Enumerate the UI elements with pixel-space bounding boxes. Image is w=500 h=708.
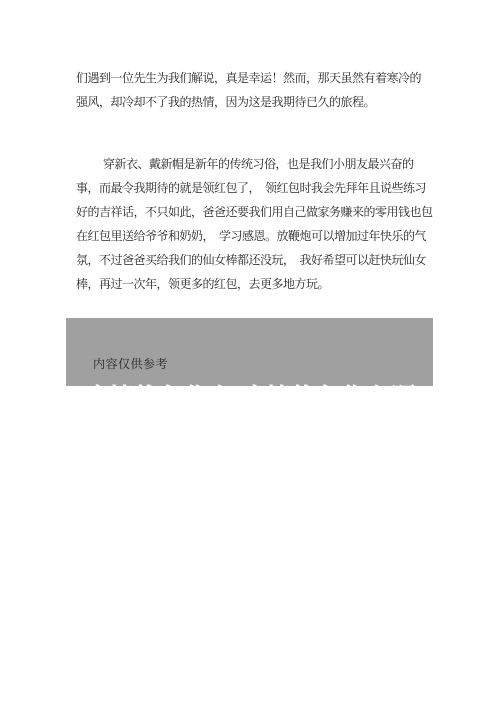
text-line: 棒，再过一次年，领更多的红包，去更多地方玩。 xyxy=(76,272,436,296)
text-line: 在红包里送给爷爷和奶奶， 学习感恩。放鞭炮可以增加过年快乐的气 xyxy=(76,224,436,248)
body-paragraph-2: 穿新衣、戴新帽是新年的传统习俗，也是我们小朋友最兴奋的 事，而最令我期待的就是领… xyxy=(76,152,436,296)
title-banner: 疫情战备作文/疫情战备作文题 目 内容仅供参考 xyxy=(66,318,433,386)
text-line: 事，而最令我期待的就是领红包了， 领红包时我会先拜年且说些练习 xyxy=(76,176,436,200)
body-paragraph-1: 们遇到一位先生为我们解说，真是幸运！然而，那天虽然有着寒冷的 强风，却冷却不了我… xyxy=(76,66,436,114)
text-line: 们遇到一位先生为我们解说，真是幸运！然而，那天虽然有着寒冷的 xyxy=(76,66,436,90)
page-title-line-1: 疫情战备作文/疫情战备作文题 xyxy=(66,383,433,414)
text-line: 穿新衣、戴新帽是新年的传统习俗，也是我们小朋友最兴奋的 xyxy=(76,152,436,176)
page-title: 疫情战备作文/疫情战备作文题 目 xyxy=(66,318,433,569)
disclaimer-note: 内容仅供参考 xyxy=(93,357,168,371)
text-line: 强风，却冷却不了我的热情，因为这是我期待已久的旅程。 xyxy=(76,90,436,114)
document-page: 们遇到一位先生为我们解说，真是幸运！然而，那天虽然有着寒冷的 强风，却冷却不了我… xyxy=(0,0,500,708)
text-line: 好的吉祥话，不只如此，爸爸还要我们用自己做家务赚来的零用钱也包 xyxy=(76,200,436,224)
text-line: 氛，不过爸爸买给我们的仙女棒都还没玩， 我好希望可以赶快玩仙女 xyxy=(76,248,436,272)
page-title-line-2: 目 xyxy=(66,476,433,507)
